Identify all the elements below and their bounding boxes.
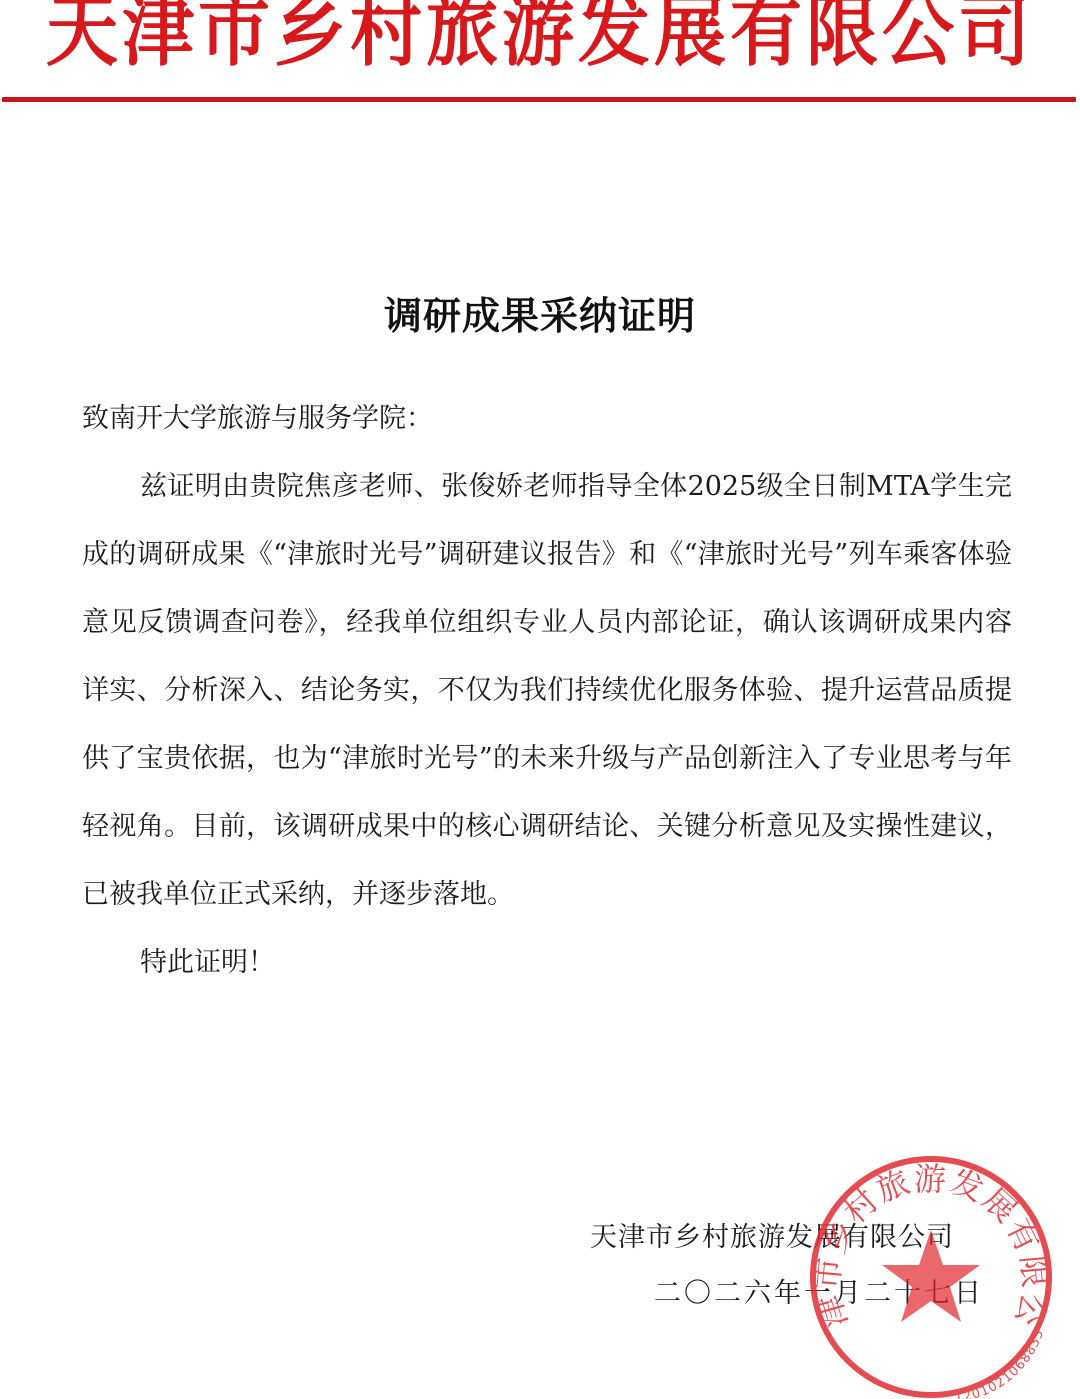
- seal-number: 1201021068833: [954, 1327, 1048, 1399]
- salutation: 致南开大学旅游与服务学院：: [82, 385, 1012, 453]
- letterhead: 天津市乡村旅游发展有限公司: [0, 0, 1080, 76]
- svg-text:1201021068833: 1201021068833: [954, 1327, 1048, 1399]
- signature-organization: 天津市乡村旅游发展有限公司: [590, 1210, 1010, 1266]
- letterhead-divider: [2, 97, 1076, 102]
- closing-statement: 特此证明！: [82, 929, 1012, 997]
- signature-block: 天津市乡村旅游发展有限公司 二〇二六年一月二十七日: [590, 1210, 1010, 1322]
- signature-date: 二〇二六年一月二十七日: [590, 1266, 1010, 1322]
- document-title: 调研成果采纳证明: [0, 285, 1080, 340]
- document-body: 致南开大学旅游与服务学院： 兹证明由贵院焦彦老师、张俊娇老师指导全体2025级全…: [82, 385, 1012, 997]
- letterhead-organization: 天津市乡村旅游发展有限公司: [46, 0, 1034, 80]
- body-paragraph: 兹证明由贵院焦彦老师、张俊娇老师指导全体2025级全日制MTA学生完成的调研成果…: [82, 453, 1012, 929]
